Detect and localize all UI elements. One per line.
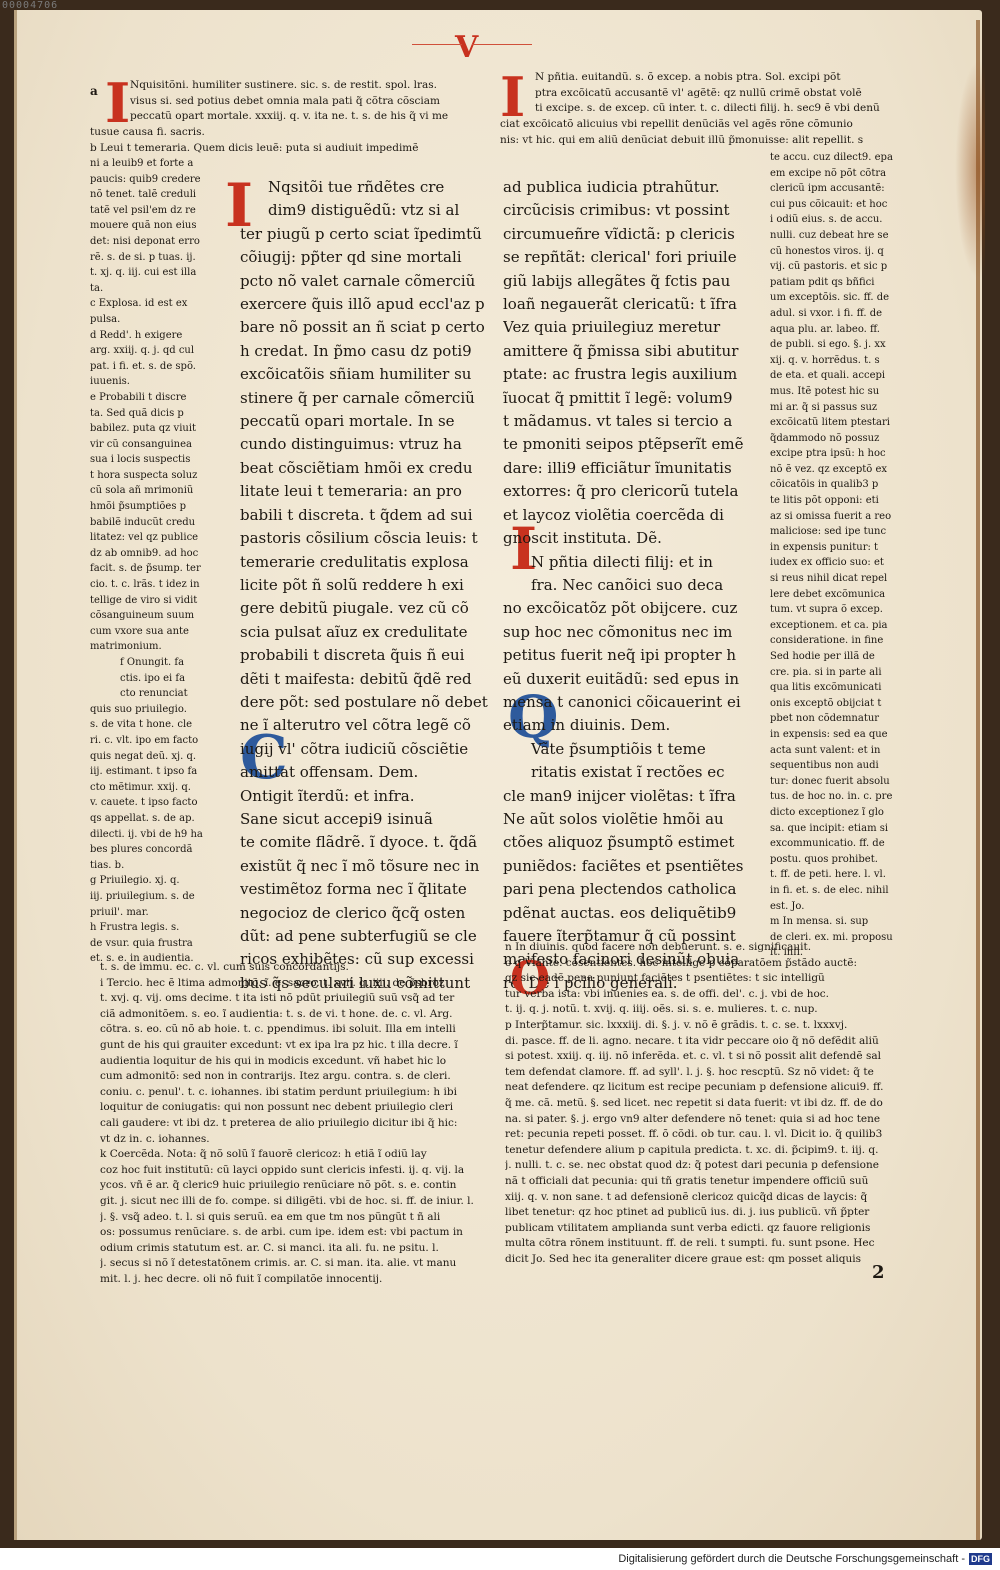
text-line: os: possumus renũciare. s. de arbi. cum … <box>100 1225 495 1241</box>
text-line: coniu. c. penul'. t. c. iohannes. ibi st… <box>100 1085 495 1101</box>
text-line: gnoscit instituta. Dẽ. <box>503 527 758 550</box>
text-line: dz ab omnib9. ad hoc <box>90 546 218 562</box>
text-line: ctis. ipo ei fa <box>90 671 218 687</box>
text-line: t. s. de immu. ec. c. vl. cum suis conco… <box>100 960 495 976</box>
text-line: h credat. In p̃mo casu dz poti9 <box>240 340 488 363</box>
text-line: gunt de his qui grauiter excedunt: vt ex… <box>100 1038 495 1054</box>
text-line: vij. cũ pastoris. et sic p <box>770 259 935 275</box>
text-line: si reus nihil dicat repel <box>770 571 935 587</box>
text-line: hmõi p̃sumptiões p <box>90 499 218 515</box>
text-line: nõ ẽ vez. qz exceptõ ex <box>770 462 935 478</box>
text-line: vt dz in. c. iohannes. <box>100 1132 495 1148</box>
text-line: temerarie credulitatis explosa <box>240 551 488 574</box>
text-line: multa cõtra rõnem instituunt. ff. de rel… <box>505 1236 935 1252</box>
text-line: sa. que incipit: etiam si <box>770 821 935 837</box>
text-line: qz sic eadẽ pena puniunt faciẽtes t psen… <box>505 971 935 987</box>
text-line: az si omissa fuerit a reo <box>770 509 935 525</box>
text-line: pbet non cõdemnatur <box>770 711 935 727</box>
text-line: ter piugũ p certo sciat ĩpedimtũ <box>240 223 488 246</box>
text-line: dilecti. ij. vbi de h9 ha <box>90 827 218 843</box>
text-line: ritatis existat ĩ rectões ec <box>503 761 758 784</box>
footer-credit: Digitalisierung gefördert durch die Deut… <box>618 1553 992 1565</box>
text-line: aqua plu. ar. labeo. ff. <box>770 322 935 338</box>
text-line: mit. l. j. hec decre. oli nõ fuit ĩ comp… <box>100 1272 495 1288</box>
text-line: te accu. cuz dilect9. epa <box>770 150 935 166</box>
text-line: dare: illi9 efficiãtur ĩmunitatis <box>503 457 758 480</box>
text-line: matrimonium. <box>90 639 218 655</box>
text-line: h Frustra legis. s. <box>90 920 218 936</box>
text-line: de vsur. quia frustra <box>90 936 218 952</box>
text-line: Vez quia priuilegiuz meretur <box>503 316 758 339</box>
text-line: ciã admonitõem. s. eo. ĩ audientia: t. s… <box>100 1007 495 1023</box>
text-line: ne ĩ alterutro vel cõtra legẽ cõ <box>240 714 488 737</box>
text-line: cũ honestos viros. ij. q <box>770 244 935 260</box>
text-line: vir cũ consanguinea <box>90 437 218 453</box>
text-line: ta. Sed quã dicis p <box>90 406 218 422</box>
text-line: cũ sola añ mrimoniũ <box>90 483 218 499</box>
text-line: dũt: ad pene subterfugiũ se cle <box>240 925 488 948</box>
text-line: et laycoz violẽtia coercẽda di <box>503 504 758 527</box>
text-line: patiam pdit qs bñfici <box>770 275 935 291</box>
text-line: cõtra. s. eo. cũ nõ ab hoie. t. c. ppend… <box>100 1022 495 1038</box>
text-line: nulli. cuz debeat hre se <box>770 228 935 244</box>
text-line: t. xj. q. iij. cui est illa <box>90 265 218 281</box>
text-line: scia pulsat aĩuz ex credulitate <box>240 621 488 644</box>
text-line: i odiũ eius. s. de accu. <box>770 212 935 228</box>
text-line: quis negat deũ. xj. q. <box>90 749 218 765</box>
gloss-line: tusue causa fi. sacris. <box>90 125 480 141</box>
text-line: cundo distinguimus: vtruz ha <box>240 433 488 456</box>
text-line: litate leui t temeraria: an pro <box>240 480 488 503</box>
text-line: nõ tenet. talẽ creduli <box>90 187 218 203</box>
bottom-gloss-right: n In diuinis. quod facere non debuerunt.… <box>505 940 935 1267</box>
text-line: iuuenis. <box>90 374 218 390</box>
text-line: di. pasce. ff. de li. agno. necare. t it… <box>505 1034 935 1050</box>
text-line: e Probabili t discre <box>90 390 218 406</box>
text-line: pari pena plectendos catholica <box>503 878 758 901</box>
text-line: quis suo priuilegio. <box>90 702 218 718</box>
text-line: sequentibus non audi <box>770 758 935 774</box>
right-gloss-column: te accu. cuz dilect9. epaem excipe nõ põ… <box>770 150 935 961</box>
text-line: m In mensa. si. sup <box>770 914 935 930</box>
text-line: amittere q̃ p̃missa sibi abutitur <box>503 340 758 363</box>
text-line: um exceptõis. sic. ff. de <box>770 290 935 306</box>
text-line: exercere q̃uis illõ apud eccl'az p <box>240 293 488 316</box>
text-line: de publi. si ego. §. j. xx <box>770 337 935 353</box>
text-line: i Tercio. hec ẽ ltima admonitõ. ĩ. e. sa… <box>100 976 495 992</box>
text-line: fra. Nec canõici suo deca <box>503 574 758 597</box>
text-line: tem defendat clamore. ff. ad syll'. l. j… <box>505 1065 935 1081</box>
text-line: tus. de hoc no. in. c. pre <box>770 789 935 805</box>
text-line: git. j. sicut nec illi de fo. compe. si … <box>100 1194 495 1210</box>
text-line: iudex ex officio suo: et <box>770 555 935 571</box>
text-line: probabili t discreta q̃uis ñ eui <box>240 644 488 667</box>
text-line: cum vxore sua ante <box>90 624 218 640</box>
text-line: xij. q. v. horrẽdus. t. s <box>770 353 935 369</box>
text-line: de eta. et quali. accepi <box>770 368 935 384</box>
text-line: dere põt: sed postulare nõ debet <box>240 691 488 714</box>
text-line: c Explosa. id est ex <box>90 296 218 312</box>
text-line: paucis: quib9 credere <box>90 172 218 188</box>
text-line: N pñtia dilecti filij: et in <box>503 551 758 574</box>
text-line: d Redd'. h exigere <box>90 328 218 344</box>
text-line: Ontigit ĩterdũ: et infra. <box>240 785 488 808</box>
text-line: t. ff. de peti. here. l. vl. <box>770 867 935 883</box>
text-line: qs appellat. s. de ap. <box>90 811 218 827</box>
text-line: neat defendere. qz licitum est recipe pe… <box>505 1080 935 1096</box>
water-stain <box>955 60 985 280</box>
text-line: gere debitũ piugale. vez cũ cõ <box>240 597 488 620</box>
text-line: cui pus cõicauit: et hoc <box>770 197 935 213</box>
footer-text: Digitalisierung gefördert durch die Deut… <box>618 1553 965 1565</box>
text-line: mus. Itẽ potest hic su <box>770 384 935 400</box>
text-line: mouere quã non eius <box>90 218 218 234</box>
text-line: cõsanguineum suum <box>90 608 218 624</box>
text-line: arg. xxiij. q. j. qd cul <box>90 343 218 359</box>
text-line: cum admonitõ: sed non in contrarijs. Ite… <box>100 1069 495 1085</box>
text-line: loquitur de coniugatis: qui non possunt … <box>100 1100 495 1116</box>
text-line: odium crimis statutum est. ar. C. si man… <box>100 1241 495 1257</box>
text-line: q̃dammodo nõ possuz <box>770 431 935 447</box>
text-line: eũ duxerit euitãdũ: sed epus in <box>503 668 758 691</box>
text-line: peccatũ opari mortale. In se <box>240 410 488 433</box>
text-line: negocioz de clerico q̃cq̃ osten <box>240 902 488 925</box>
shelfmark: 00004706 <box>2 0 58 11</box>
text-line: excõicatõis sñiam humiliter su <box>240 363 488 386</box>
signature-mark: 2 <box>872 1262 885 1283</box>
text-line: ni a leuib9 et forte a <box>90 156 218 172</box>
text-line: se repñtãt: clerical' fori priuile <box>503 246 758 269</box>
text-line: onis exceptõ obijciat t <box>770 696 935 712</box>
text-line: cre. pia. si in parte ali <box>770 665 935 681</box>
text-line: cto mẽtimur. xxij. q. <box>90 780 218 796</box>
text-line: tum. vt supra õ excep. <box>770 602 935 618</box>
text-line: iij. priuilegium. s. de <box>90 889 218 905</box>
text-line: te litis põt opponi: eti <box>770 493 935 509</box>
text-line: j. nulli. t. c. se. nec obstat quod dz: … <box>505 1158 935 1174</box>
text-line: litatez: vel qz publice <box>90 530 218 546</box>
text-line: dicit Jo. Sed hec ita generaliter dicere… <box>505 1252 935 1268</box>
text-line: circũcisis crimibus: vt possint <box>503 199 758 222</box>
bottom-gloss-left: t. s. de immu. ec. c. vl. cum suis conco… <box>100 960 495 1287</box>
text-line: audientia loquitur de his qui in modicis… <box>100 1054 495 1070</box>
gloss-line: N pñtia. euitandũ. s. õ excep. a nobis p… <box>535 70 935 86</box>
gloss-line: Nquisitõni. humiliter sustinere. sic. s.… <box>130 78 480 94</box>
text-line: maliciose: sed ipe tunc <box>770 524 935 540</box>
text-line: q̃ me. cã. metũ. §. sed licet. nec repet… <box>505 1096 935 1112</box>
top-gloss-left-cont: tusue causa fi. sacris. b Leui t temerar… <box>90 125 480 156</box>
text-line: giũ labijs allegãtes q̃ fctis pau <box>503 270 758 293</box>
text-line: Vãte p̃sumptiõis t teme <box>503 738 758 761</box>
text-line: tias. b. <box>90 858 218 874</box>
main-text-right: ad publica iudicia ptrahũtur.circũcisis … <box>503 176 758 995</box>
text-line: tur: donec fuerit absolu <box>770 774 935 790</box>
folio-mark: V <box>455 30 478 65</box>
rubric-initial-i: I <box>105 76 130 130</box>
text-line: exceptionem. et ca. pia <box>770 618 935 634</box>
text-line: n In diuinis. quod facere non debuerunt.… <box>505 940 935 956</box>
gloss-line: peccatũ opart mortale. xxxiij. q. v. ita… <box>130 109 480 125</box>
text-line: stinere q̃ per carnale cõmerciũ <box>240 387 488 410</box>
text-line: extorres: q̃ pro clericorũ tutela <box>503 480 758 503</box>
text-line: j. secus si nõ ĩ detestatõnem crimis. ar… <box>100 1256 495 1272</box>
text-line: g Priuilegio. xj. q. <box>90 873 218 889</box>
gloss-line: b Leui t temeraria. Quem dicis leuẽ: put… <box>90 141 480 157</box>
text-line: tur verba ista: vbi inuenies ea. s. de o… <box>505 987 935 1003</box>
text-line: j. §. vsq̃ adeo. t. l. si quis seruũ. ea… <box>100 1210 495 1226</box>
text-line: priuil'. mar. <box>90 905 218 921</box>
text-line: cõicatõis in qualib3 p <box>770 477 935 493</box>
text-line: ĩuocat q̃ pmittit ĩ legẽ: volum9 <box>503 387 758 410</box>
text-line: det: nisi deponat erro <box>90 234 218 250</box>
folio-rule <box>412 44 462 45</box>
text-line: excommunicatio. ff. de <box>770 836 935 852</box>
text-line: si potest. xxiij. q. iij. nõ inferẽda. e… <box>505 1049 935 1065</box>
text-line: dim9 distiguẽdũ: vtz si al <box>240 199 488 222</box>
text-line: in expensis: sed ea que <box>770 727 935 743</box>
text-line: k Coercẽda. Nota: q̃ nõ solũ ĩ fauorẽ cl… <box>100 1147 495 1163</box>
gloss-line: ti excipe. s. de excep. cũ inter. t. c. … <box>535 101 935 117</box>
text-line: pcto nõ valet carnale cõmerciũ <box>240 270 488 293</box>
text-line: v. cauete. t ipso facto <box>90 795 218 811</box>
text-line: in expensis punitur: t <box>770 540 935 556</box>
text-line: cle man9 inijcer violẽtas: t ĩfra <box>503 785 758 808</box>
text-line: publicam vtilitatem amplianda sunt verba… <box>505 1221 935 1237</box>
text-line: puniẽdos: faciẽtes et psentiẽtes <box>503 855 758 878</box>
text-line: coz hoc fuit institutũ: cũ layci oppido … <box>100 1163 495 1179</box>
text-line: p Interp̃tamur. sic. lxxxiij. di. §. j. … <box>505 1018 935 1034</box>
text-line: iugij vl' cõtra iudiciũ cõsciẽtie <box>240 738 488 761</box>
text-line: beat cõsciẽtiam hmõi ex credu <box>240 457 488 480</box>
text-line: babili t discreta. t q̃dem ad sui <box>240 504 488 527</box>
text-line: cto renunciat <box>90 686 218 702</box>
text-line: pdẽnat auctas. eos deliquẽtib9 <box>503 902 758 925</box>
text-line: cio. t. c. lrãs. t idez in <box>90 577 218 593</box>
text-line: xiij. q. v. non sane. t ad defensionẽ cl… <box>505 1190 935 1206</box>
gloss-line: ciat excõicatõ alicuius vbi repellit den… <box>500 117 935 133</box>
text-line: petitus fuerit neq̃ ipi propter h <box>503 644 758 667</box>
text-line: tatẽ vel psil'em dz re <box>90 203 218 219</box>
text-line: libet tenetur: qz hoc ptinet ad publicũ … <box>505 1205 935 1221</box>
text-line: etiam in diuinis. Dem. <box>503 714 758 737</box>
text-line: no excõicatõz põt obijcere. cuz <box>503 597 758 620</box>
text-line: pat. i fi. et. s. de spõ. <box>90 359 218 375</box>
text-line: clericũ ipm accusantẽ: <box>770 181 935 197</box>
page-edge-left <box>14 10 17 1540</box>
text-line: vestimẽtoz forma nec ĩ q̃litate <box>240 878 488 901</box>
text-line: t mãdamus. vt tales si tercio a <box>503 410 758 433</box>
gloss-marker: a <box>90 84 98 98</box>
text-line: ad publica iudicia ptrahũtur. <box>503 176 758 199</box>
rubric-initial-i: I <box>500 70 525 124</box>
gloss-line: visus si. sed potius debet omnia mala pa… <box>130 94 480 110</box>
text-line: tenetur defendere alium p capitula predi… <box>505 1143 935 1159</box>
text-line: o q Vlante. cõsentientes. hoc intellige … <box>505 956 935 972</box>
text-line: amittat offensam. Dem. <box>240 761 488 784</box>
text-line: Ne aũt solos violẽtie hmõi au <box>503 808 758 831</box>
text-line: sua i locis suspectis <box>90 452 218 468</box>
text-line: licite põt ñ solũ reddere h exi <box>240 574 488 597</box>
gloss-line: ptra excõicatũ accusantẽ vl' agẽtẽ: qz n… <box>535 86 935 102</box>
text-line: em excipe nõ põt cõtra <box>770 166 935 182</box>
top-gloss-left: Nquisitõni. humiliter sustinere. sic. s.… <box>130 78 480 125</box>
text-line: qua litis excõmunicati <box>770 680 935 696</box>
text-line: ret: pecunia repeti posset. ff. õ cõdi. … <box>505 1127 935 1143</box>
text-line: postu. quos prohibet. <box>770 852 935 868</box>
text-line: lere debet excõmunica <box>770 587 935 603</box>
text-line: te pmoniti seipos ptẽpserĩt emẽ <box>503 433 758 456</box>
text-line: rẽ. s. de si. p tuas. ij. <box>90 250 218 266</box>
text-line: consideratione. in fine <box>770 633 935 649</box>
text-line: cõiugij: pp̃ter qd sine mortali <box>240 246 488 269</box>
text-line: Sane sicut accepi9 isinuã <box>240 808 488 831</box>
text-line: babilez. puta qz viuit <box>90 421 218 437</box>
text-line: in fi. et. s. de elec. nihil <box>770 883 935 899</box>
text-line: bes plures concordã <box>90 842 218 858</box>
text-line: ri. c. vlt. ipo em facto <box>90 733 218 749</box>
text-line: acta sunt valent: et in <box>770 743 935 759</box>
text-line: bare nõ possit an ñ sciat p certo <box>240 316 488 339</box>
text-line: ycos. vñ ẽ ar. q̃ cleric9 huic priuilegi… <box>100 1178 495 1194</box>
text-line: mensa t canonici cõicauerint ei <box>503 691 758 714</box>
text-line: cali gaudere: vt ibi dz. t preterea de a… <box>100 1116 495 1132</box>
text-line: ptate: ac frustra legis auxilium <box>503 363 758 386</box>
gloss-line: nis: vt hic. qui em aliũ denũciat debuit… <box>500 133 935 149</box>
text-line: dẽti t maifesta: debitũ q̃dẽ red <box>240 668 488 691</box>
text-line: pastoris cõsilium cõscia leuis: t <box>240 527 488 550</box>
top-gloss-right-cont: ciat excõicatõ alicuius vbi repellit den… <box>500 117 935 148</box>
text-line: dicto exceptionez ĩ glo <box>770 805 935 821</box>
text-line: sup hoc nec cõmonitus nec im <box>503 621 758 644</box>
text-line: loañ negauerãt clericatũ: t ĩfra <box>503 293 758 316</box>
dfg-logo: DFG <box>969 1553 992 1565</box>
main-text-left: Nqsitõi tue rñdẽtes credim9 distiguẽdũ: … <box>240 176 488 995</box>
text-line: excipe ptra ipsũ: h hoc <box>770 446 935 462</box>
text-line: facit. s. de p̃sump. ter <box>90 561 218 577</box>
text-line: s. de vita t hone. cle <box>90 717 218 733</box>
text-line: t. xvj. q. vij. oms decime. t ita isti n… <box>100 991 495 1007</box>
text-line: ctões aliquoz p̃sumptõ estimet <box>503 831 758 854</box>
text-line: t hora suspecta soluz <box>90 468 218 484</box>
text-line: ta. <box>90 281 218 297</box>
text-line: Sed hodie per illã de <box>770 649 935 665</box>
left-gloss-column: ni a leuib9 et forte apaucis: quib9 cred… <box>90 156 218 967</box>
text-line: iij. estimant. t ipso fa <box>90 764 218 780</box>
text-line: tellige de viro si vidit <box>90 593 218 609</box>
text-line: pulsa. <box>90 312 218 328</box>
text-line: adul. si vxor. i fi. ff. de <box>770 306 935 322</box>
text-line: f Onungit. fa <box>90 655 218 671</box>
text-line: babilẽ inducũt credu <box>90 515 218 531</box>
text-line: circumueñre vĩdictã: p clericis <box>503 223 758 246</box>
folio-rule <box>472 44 532 45</box>
text-line: te comite flãdrẽ. ĩ dyoce. t. q̃dã <box>240 831 488 854</box>
text-line: mi ar. q̃ si passus suz <box>770 400 935 416</box>
text-line: nã t officiali dat pecunia: qui tñ grati… <box>505 1174 935 1190</box>
text-line: na. si pater. §. j. ergo vn9 alter defen… <box>505 1112 935 1128</box>
text-line: Nqsitõi tue rñdẽtes cre <box>240 176 488 199</box>
top-gloss-right: N pñtia. euitandũ. s. õ excep. a nobis p… <box>535 70 935 117</box>
text-line: t. ij. q. j. notũ. t. xvij. q. iiij. oẽs… <box>505 1002 935 1018</box>
text-line: est. Jo. <box>770 899 935 915</box>
text-line: existũt q̃ nec ĩ mõ tõsure nec in <box>240 855 488 878</box>
text-line: excõicatũ litem ptestari <box>770 415 935 431</box>
